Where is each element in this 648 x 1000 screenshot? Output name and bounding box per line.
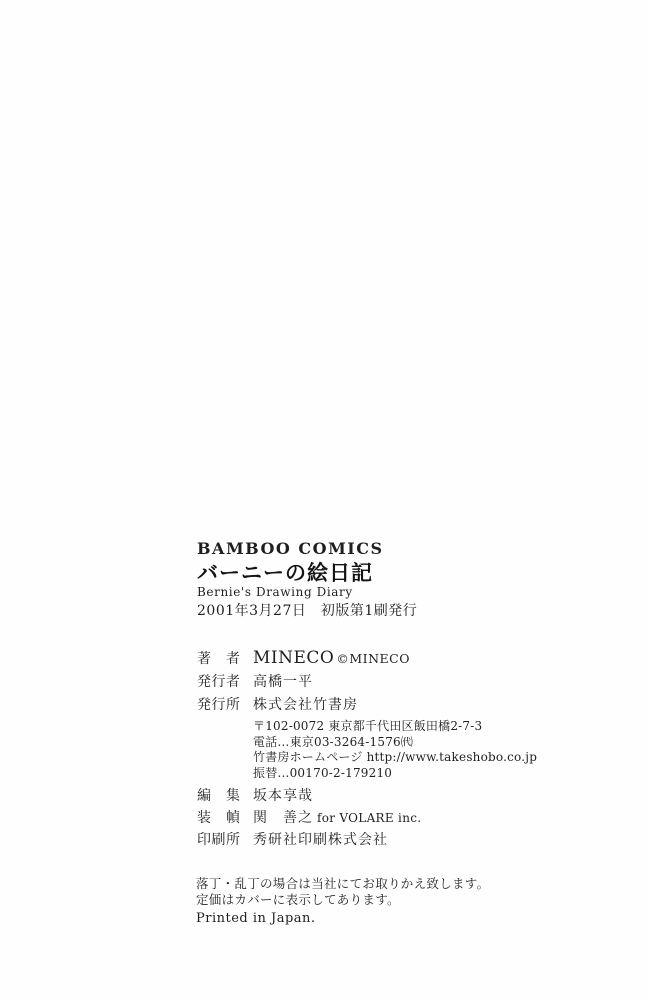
publisher-homepage: 竹書房ホームページ http://www.takeshobo.co.jp: [253, 750, 557, 766]
credit-label-editor: 編 集: [197, 785, 253, 807]
book-title: バーニーの絵日記: [197, 561, 417, 585]
credit-row-author: 著 者MINECO©MINECO: [197, 647, 557, 671]
colophon-header: BAMBOO COMICS バーニーの絵日記 Bernie's Drawing …: [197, 541, 417, 619]
publisher-postal-transfer: 振替…00170-2-179210: [253, 766, 557, 782]
credit-label-publisher-person: 発行者: [197, 671, 253, 694]
credit-label-printer: 印刷所: [197, 829, 253, 851]
credit-label-design: 装 幀: [197, 807, 253, 829]
credit-row-printer: 印刷所秀研社印刷株式会社: [197, 829, 557, 851]
credits-table: 著 者MINECO©MINECO 発行者高橋一平 発行所株式会社竹書房 〒102…: [197, 647, 557, 851]
credit-value-design: 関 善之: [253, 810, 313, 826]
book-subtitle: Bernie's Drawing Diary: [197, 585, 417, 599]
credit-row-publisher-company: 発行所株式会社竹書房: [197, 694, 557, 717]
footer-notes: 落丁・乱丁の場合は当社にてお取りかえ致します。 定価はカバーに表示してあります。…: [196, 876, 489, 927]
credit-label-author: 著 者: [197, 648, 253, 671]
credit-label-publisher-company: 発行所: [197, 694, 253, 717]
note-price: 定価はカバーに表示してあります。: [196, 892, 489, 908]
design-credit-suffix: for VOLARE inc.: [317, 811, 421, 825]
credit-row-design: 装 幀関 善之for VOLARE inc.: [197, 807, 557, 829]
copyright-notice: ©MINECO: [336, 651, 410, 666]
publisher-details: 〒102-0072 東京都千代田区飯田橋2-7-3 電話…東京03-3264-1…: [253, 719, 557, 781]
credit-value-publisher-company: 株式会社竹書房: [253, 697, 358, 713]
edition-line: 2001年3月27日 初版第1刷発行: [197, 603, 417, 619]
printed-in-japan: Printed in Japan.: [196, 911, 489, 927]
credit-row-publisher-person: 発行者高橋一平: [197, 671, 557, 694]
credit-value-editor: 坂本享哉: [253, 788, 313, 804]
colophon-page: BAMBOO COMICS バーニーの絵日記 Bernie's Drawing …: [0, 0, 648, 1000]
credit-value-printer: 秀研社印刷株式会社: [253, 832, 388, 848]
note-returns: 落丁・乱丁の場合は当社にてお取りかえ致します。: [196, 876, 489, 892]
credit-row-editor: 編 集坂本享哉: [197, 785, 557, 807]
credit-value-publisher-person: 高橋一平: [253, 674, 313, 690]
credit-value-author: MINECO: [253, 648, 334, 668]
publisher-phone: 電話…東京03-3264-1576㈹: [253, 735, 557, 751]
series-label: BAMBOO COMICS: [197, 541, 417, 557]
publisher-address: 〒102-0072 東京都千代田区飯田橋2-7-3: [253, 719, 557, 735]
